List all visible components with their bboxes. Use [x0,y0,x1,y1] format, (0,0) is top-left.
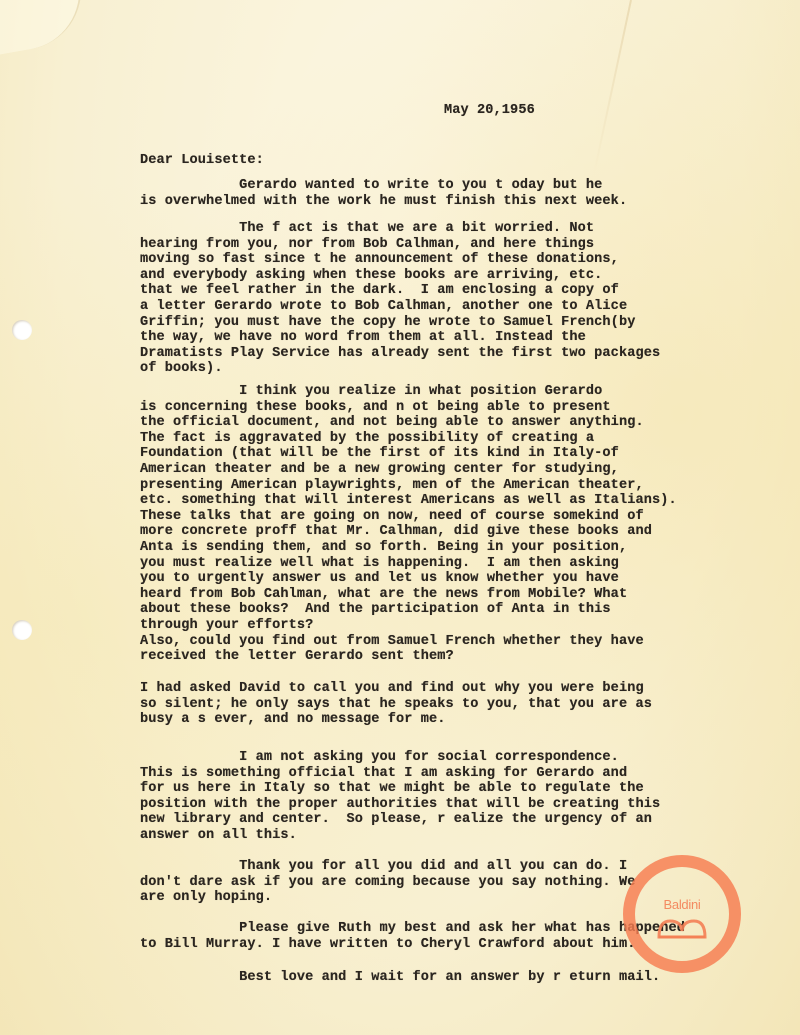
letter-salutation: Dear Louisette: [140,153,264,169]
baldini-watermark-stamp: Baldini [623,855,741,973]
watermark-label: Baldini [635,897,729,912]
paper-crease [593,0,632,176]
book-stamp-icon [657,917,707,939]
letter-date: May 20,1956 [444,103,535,119]
letter-paragraph: Gerardo wanted to write to you t oday bu… [140,178,627,209]
letter-closing: Best love and I wait for an answer by r … [140,970,660,986]
letter-paragraph: I had asked David to call you and find o… [140,681,652,728]
letter-paragraph: I think you realize in what position Ger… [140,384,677,665]
punch-hole [12,620,32,640]
letter-paragraph: Thank you for all you did and all you ca… [140,859,635,906]
paper-fold [0,0,91,60]
letter-paragraph: Please give Ruth my best and ask her wha… [140,921,685,952]
punch-hole [12,320,32,340]
letter-page: May 20,1956 Dear Louisette: Gerardo want… [0,0,800,1035]
letter-paragraph: I am not asking you for social correspon… [140,750,660,844]
letter-paragraph: The f act is that we are a bit worried. … [140,221,660,377]
